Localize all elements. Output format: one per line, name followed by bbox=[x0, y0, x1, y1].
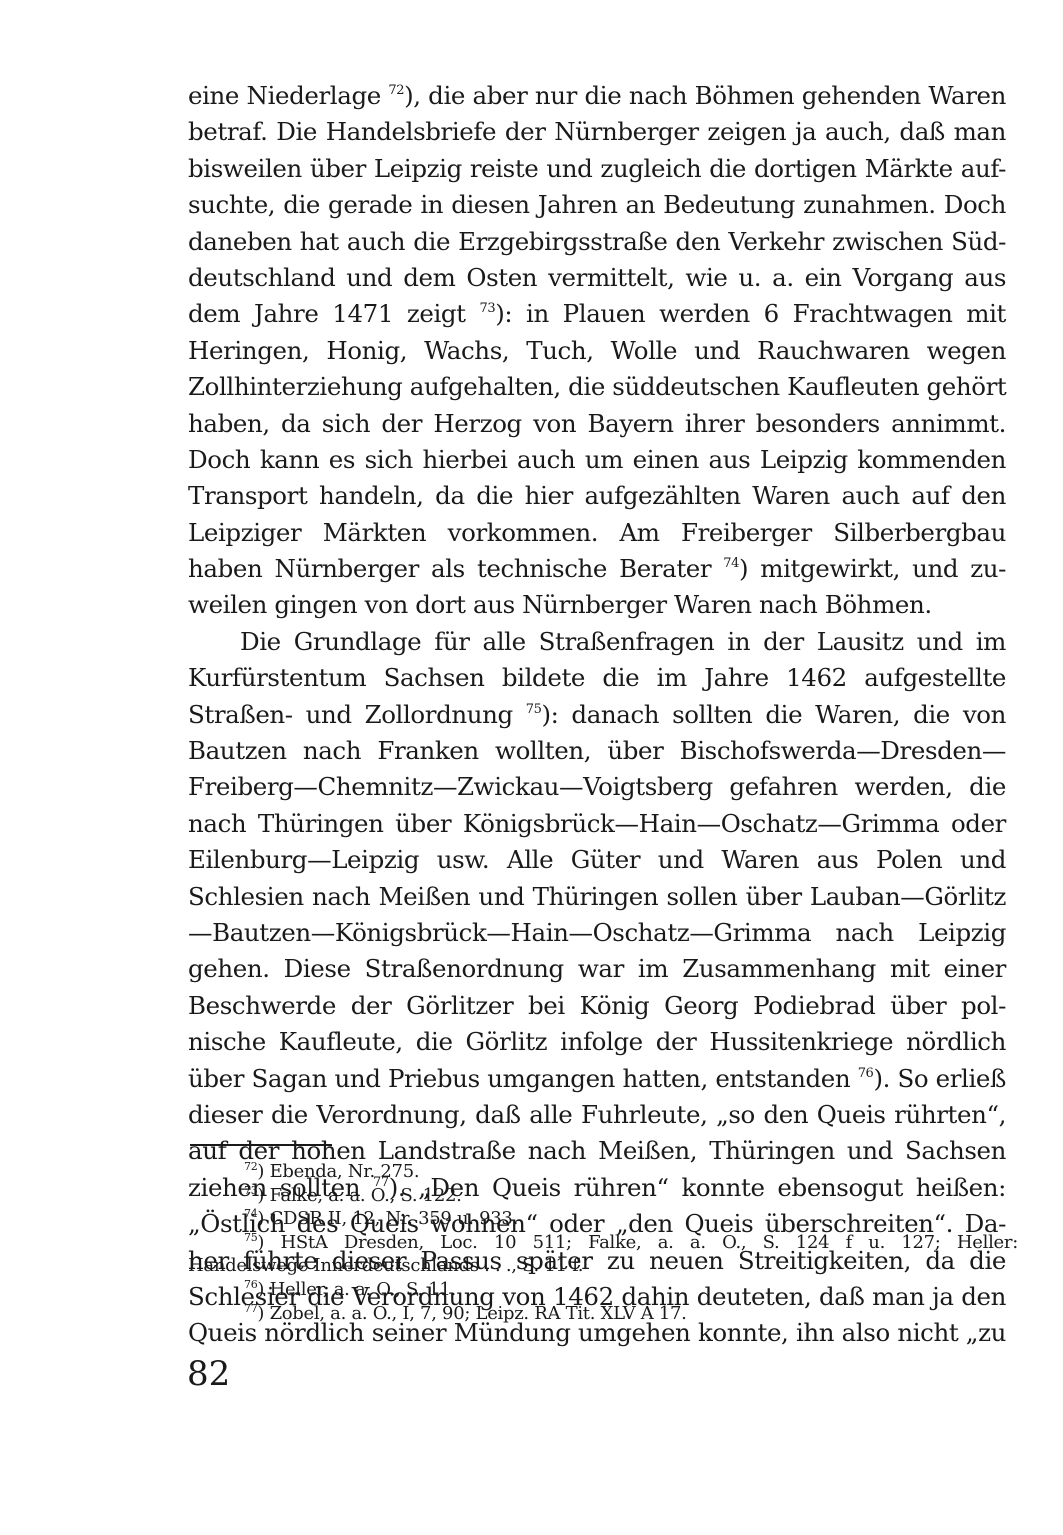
text-line: Heringen, Honig, Wachs, Tuch, Wolle und … bbox=[188, 333, 1006, 369]
footnote-ref-75[interactable]: 75 bbox=[526, 702, 542, 717]
text-line: deutschland und dem Osten vermittelt, wi… bbox=[188, 260, 1006, 296]
footnote-77: 77) Zobel, a. a. O., I, 7, 90; Leipz. RA… bbox=[188, 1302, 1018, 1326]
footnote-75-continued: Handelswege Innerdeutschlands . . ., S. … bbox=[188, 1254, 1018, 1278]
footnote-ref-72[interactable]: 72 bbox=[388, 83, 404, 98]
text-line: bisweilen über Leipzig reiste und zuglei… bbox=[188, 151, 1006, 187]
text-line: dem Jahre 1471 zeigt 73): in Plauen werd… bbox=[188, 296, 1006, 332]
footnote-divider bbox=[190, 1144, 332, 1146]
text-line: dieser die Verordnung, daß alle Fuhrleut… bbox=[188, 1097, 1006, 1133]
text-line: daneben hat auch die Erzgebirgsstraße de… bbox=[188, 224, 1006, 260]
footnotes: 72) Ebenda, Nr. 275. 73) Falke, a. a. O.… bbox=[188, 1160, 1018, 1325]
footnote-72: 72) Ebenda, Nr. 275. bbox=[188, 1160, 1018, 1184]
text-line: Straßen- und Zollordnung 75): danach sol… bbox=[188, 697, 1006, 733]
text-line: suchte, die gerade in diesen Jahren an B… bbox=[188, 187, 1006, 223]
text-line: Kurfürstentum Sachsen bildete die im Jah… bbox=[188, 660, 1006, 696]
text-line: weilen gingen von dort aus Nürnberger Wa… bbox=[188, 587, 1006, 623]
footnote-76: 76) Heller, a. a. O., S. 11. bbox=[188, 1278, 1018, 1302]
text-line: Doch kann es sich hierbei auch um einen … bbox=[188, 442, 1006, 478]
text-line: betraf. Die Handelsbriefe der Nürnberger… bbox=[188, 114, 1006, 150]
text-line: Leipziger Märkten vorkommen. Am Freiberg… bbox=[188, 515, 1006, 551]
text-line: Eilenburg—Leipzig usw. Alle Güter und Wa… bbox=[188, 842, 1006, 878]
text-line: über Sagan und Priebus umgangen hatten, … bbox=[188, 1061, 1006, 1097]
text-line: haben, da sich der Herzog von Bayern ihr… bbox=[188, 406, 1006, 442]
footnote-ref-73[interactable]: 73 bbox=[479, 301, 495, 316]
footnote-75: 75) HStA Dresden, Loc. 10 511; Falke, a.… bbox=[188, 1231, 1018, 1255]
page-number: 82 bbox=[187, 1354, 230, 1394]
text-line: Beschwerde der Görlitzer bei König Georg… bbox=[188, 988, 1006, 1024]
text-line: nische Kaufleute, die Görlitz infolge de… bbox=[188, 1024, 1006, 1060]
text-line: Die Grundlage für alle Straßenfragen in … bbox=[188, 624, 1006, 660]
text-line: Freiberg—Chemnitz—Zwickau—Voigtsberg gef… bbox=[188, 769, 1006, 805]
footnote-ref-76[interactable]: 76 bbox=[858, 1066, 874, 1081]
text-line: gehen. Diese Straßenordnung war im Zusam… bbox=[188, 951, 1006, 987]
footnote-74: 74) CDSR II, 12, Nr. 359 u. 933. bbox=[188, 1207, 1018, 1231]
text-line: Schlesien nach Meißen und Thüringen soll… bbox=[188, 879, 1006, 915]
text-line: nach Thüringen über Königsbrück—Hain—Osc… bbox=[188, 806, 1006, 842]
text-line: haben Nürnberger als technische Berater … bbox=[188, 551, 1006, 587]
text-line: Zollhinterziehung aufgehalten, die südde… bbox=[188, 369, 1006, 405]
text-line: Bautzen nach Franken wollten, über Bisch… bbox=[188, 733, 1006, 769]
footnote-73: 73) Falke, a. a. O., S. 122. bbox=[188, 1184, 1018, 1208]
paragraph-1: eine Niederlage 72), die aber nur die na… bbox=[188, 78, 1006, 624]
text-line: Transport handeln, da die hier aufgezähl… bbox=[188, 478, 1006, 514]
text-line: —Bautzen—Königsbrück—Hain—Oschatz—Grimma… bbox=[188, 915, 1006, 951]
text-line: eine Niederlage 72), die aber nur die na… bbox=[188, 78, 1006, 114]
footnote-ref-74[interactable]: 74 bbox=[723, 556, 739, 571]
